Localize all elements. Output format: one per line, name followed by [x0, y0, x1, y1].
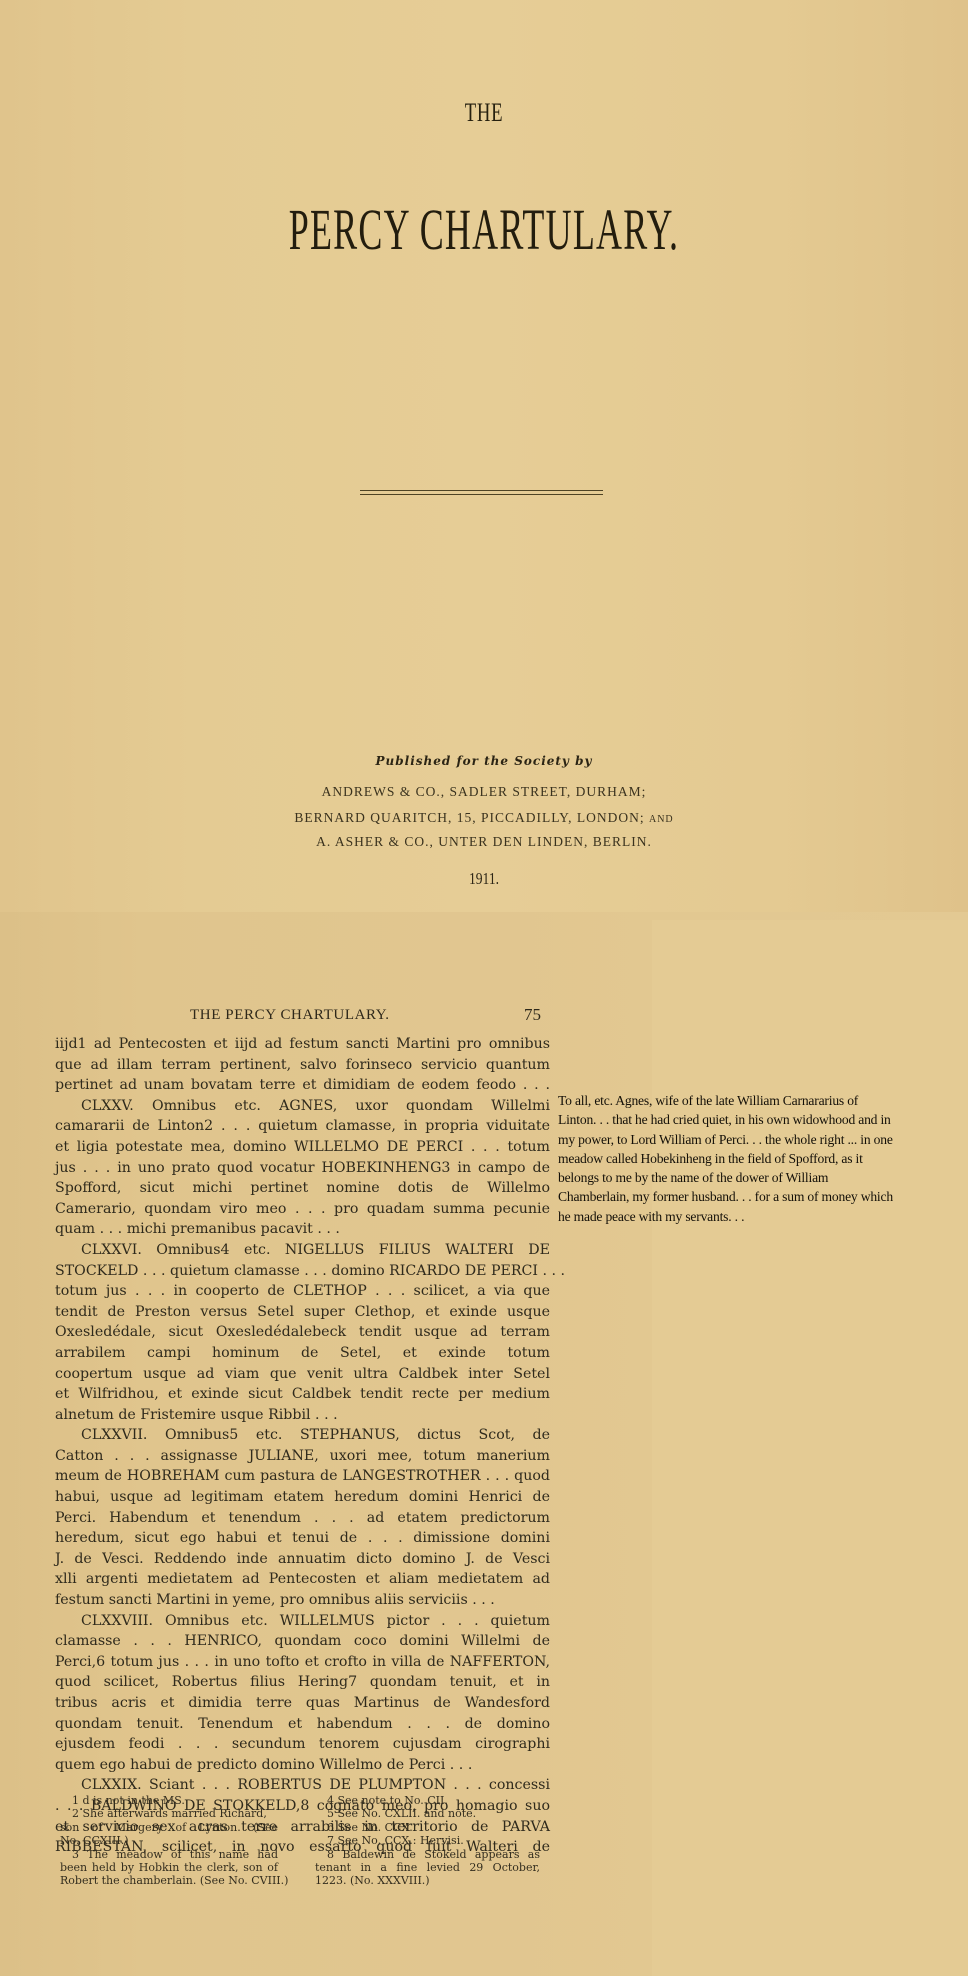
text-line: festum sancti Martini in yeme, pro omnib… — [55, 1590, 550, 1611]
page-number: 75 — [524, 1005, 541, 1025]
text-line: que ad illam terram pertinent, salvo for… — [55, 1055, 550, 1076]
publisher-and: AND — [649, 814, 674, 825]
text-line: coopertum usque ad viam que venit ultra … — [55, 1364, 550, 1385]
publisher-line-2-text: BERNARD QUARITCH, 15, PICCADILLY, LONDON… — [294, 810, 644, 825]
text-line: Perci. Habendum et tenendum . . . ad eta… — [55, 1508, 550, 1529]
text-line: clamasse . . . HENRICO, quondam coco dom… — [55, 1631, 550, 1652]
footnote-2-end: No. CCXIII.) — [60, 1834, 278, 1847]
text-line: et ligia potestate mea, domino WILLELMO … — [55, 1137, 550, 1158]
footnotes-right-column: 4 See note to No. CII. 5 See No. CXLII. … — [315, 1794, 540, 1888]
charter-text: iijd1 ad Pentecosten et iijd ad festum s… — [55, 1034, 550, 1858]
text-line: Catton . . . assignasse JULIANE, uxori m… — [55, 1446, 550, 1467]
title-page: THE PERCY CHARTULARY. Published for the … — [0, 0, 968, 912]
text-line: alnetum de Fristemire usque Ribbil . . . — [55, 1405, 550, 1426]
text-line: pertinet ad unam bovatam terre et dimidi… — [55, 1075, 550, 1096]
text-line: Oxesledédale, sicut Oxesledédalebeck ten… — [55, 1322, 550, 1343]
text-line: tendit de Preston versus Setel super Cle… — [55, 1302, 550, 1323]
text-line: totum jus . . . in cooperto de CLETHOP .… — [55, 1281, 550, 1302]
text-line: meum de HOBREHAM cum pastura de LANGESTR… — [55, 1466, 550, 1487]
text-line: Spofford, sicut michi pertinet nomine do… — [55, 1178, 550, 1199]
text-line: quod scilicet, Robertus filius Hering7 q… — [55, 1672, 550, 1693]
publisher-line-1: ANDREWS & CO., SADLER STREET, DURHAM; — [0, 784, 968, 800]
footnote-7: 7 See No. CCX.: Hervisi. — [315, 1834, 540, 1847]
footnote-8-cont: tenant in a fine levied 29 October, — [315, 1861, 540, 1874]
footnote-3-cont: been held by Hobkin the clerk, son of — [60, 1861, 278, 1874]
text-line: Perci,6 totum jus . . . in uno tofto et … — [55, 1652, 550, 1673]
charter-heading-clxxv: CLXXV. Omnibus etc. AGNES, uxor quondam … — [55, 1096, 550, 1117]
footnote-3: 3 The meadow of this name had — [60, 1848, 278, 1861]
text-line: quem ego habui de predicto domino Willel… — [55, 1755, 550, 1776]
double-rule-top — [360, 490, 603, 491]
text-line: quam . . . michi premanibus pacavit . . … — [55, 1219, 550, 1240]
footnote-2-cont: son of Margery of Lynton. (See — [60, 1821, 278, 1834]
footnotes-left-column: 1 d is not in the MS. 2 She afterwards m… — [60, 1794, 278, 1888]
book-title: PERCY CHARTULARY. — [184, 196, 784, 263]
footnote-6: 6 See No. CCX. — [315, 1821, 540, 1834]
text-line: arrabilem campi hominum de Setel, et exi… — [55, 1343, 550, 1364]
footnote-8: 8 Baldewin de Stokeld appears as — [315, 1848, 540, 1861]
footnote-4: 4 See note to No. CII. — [315, 1794, 540, 1807]
translation-line: Chamberlain, my former husband. . . for … — [558, 1187, 958, 1206]
footnote-2: 2 She afterwards married Richard, — [60, 1807, 278, 1820]
text-line: camararii de Linton2 . . . quietum clama… — [55, 1116, 550, 1137]
text-line: habui, usque ad legitimam etatem heredum… — [55, 1487, 550, 1508]
charter-heading-clxxix: CLXXIX. Sciant . . . ROBERTUS DE PLUMPTO… — [55, 1775, 550, 1796]
translation-line: meadow called Hobekinheng in the field o… — [558, 1149, 958, 1168]
footnote-3-end: Robert the chamberlain. (See No. CVIII.) — [60, 1874, 278, 1887]
text-line: ejusdem feodi . . . secundum tenorem cuj… — [55, 1734, 550, 1755]
translation-line: To all, etc. Agnes, wife of the late Wil… — [558, 1091, 958, 1110]
text-line: et Wilfridhou, et exinde sicut Caldbek t… — [55, 1384, 550, 1405]
translation-overlay: To all, etc. Agnes, wife of the late Wil… — [558, 1091, 958, 1226]
charter-heading-clxxviii: CLXXVIII. Omnibus etc. WILLELMUS pictor … — [55, 1611, 550, 1632]
translation-line: Linton. . . that he had cried quiet, in … — [558, 1110, 958, 1129]
footnote-8-end: 1223. (No. XXXVIII.) — [315, 1874, 540, 1887]
translation-line: he made peace with my servants. . . — [558, 1207, 958, 1226]
text-line: STOCKELD . . . quietum clamasse . . . do… — [55, 1261, 550, 1282]
text-line: Camerario, quondam viro meo . . . pro qu… — [55, 1199, 550, 1220]
text-line: quondam tenuit. Tenendum et habendum . .… — [55, 1714, 550, 1735]
translation-line: belongs to me by the name of the dower o… — [558, 1168, 958, 1187]
publisher-line-2: BERNARD QUARITCH, 15, PICCADILLY, LONDON… — [0, 810, 968, 826]
publication-year: 1911. — [97, 869, 871, 889]
charter-heading-clxxvi: CLXXVI. Omnibus4 etc. NIGELLUS FILIUS WA… — [55, 1240, 550, 1261]
text-line: iijd1 ad Pentecosten et iijd ad festum s… — [55, 1034, 550, 1055]
double-rule-bottom — [360, 494, 603, 495]
text-line: tribus acris et dimidia terre quas Marti… — [55, 1693, 550, 1714]
text-line: J. de Vesci. Reddendo inde annuatim dict… — [55, 1549, 550, 1570]
running-header: THE PERCY CHARTULARY. — [190, 1007, 390, 1024]
text-line: xlli argenti medietatem ad Pentecosten e… — [55, 1569, 550, 1590]
footnote-1: 1 d is not in the MS. — [60, 1794, 278, 1807]
title-the: THE — [136, 98, 833, 128]
translation-line: my power, to Lord William of Perci. . . … — [558, 1130, 958, 1149]
text-line: jus . . . in uno prato quod vocatur HOBE… — [55, 1158, 550, 1179]
footnote-5: 5 See No. CXLII. and note. — [315, 1807, 540, 1820]
page-margin-panel — [652, 920, 968, 1976]
publisher-line-3: A. ASHER & CO., UNTER DEN LINDEN, BERLIN… — [0, 834, 968, 850]
charter-heading-clxxvii: CLXXVII. Omnibus5 etc. STEPHANUS, dictus… — [55, 1425, 550, 1446]
text-line: heredum, sicut ego habui et tenui de . .… — [55, 1528, 550, 1549]
published-by: Published for the Society by — [0, 754, 968, 768]
